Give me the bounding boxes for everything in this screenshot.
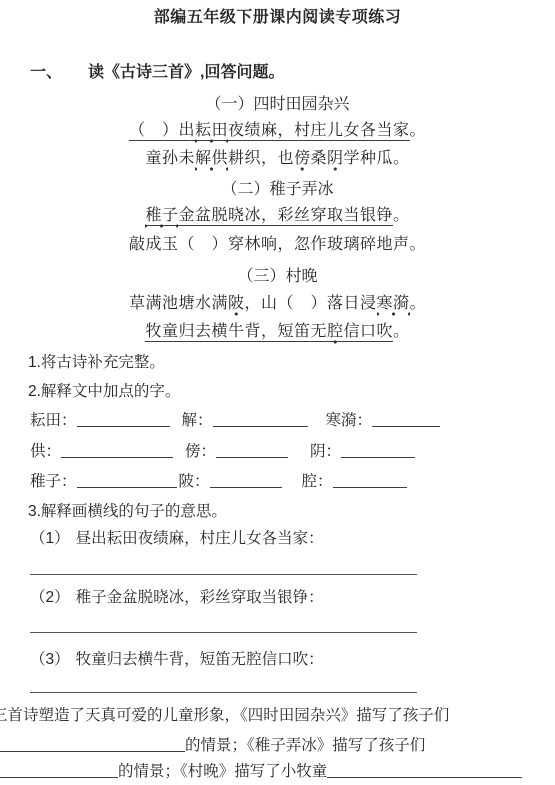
dotted-chars: 阴 [327,150,344,171]
answer-blank [333,473,407,488]
summary-text: 的情景；《村晚》描写了小牧童 [118,763,327,780]
dotted-chars: 傍 [294,150,311,171]
verse-text: 桑 [311,150,328,167]
verse-text: ，山（ ）落日浸 [244,295,376,312]
answer-blank [216,443,288,458]
answer-blank [372,412,440,427]
field-row-1: 耘田：解：寒漪： [30,412,555,430]
page-title: 部编五年级下册课内阅读专项练习 [0,0,555,27]
field-label: 耘田： [30,412,77,429]
verse-period: 。 [393,323,410,340]
question-2: 2.解释文中加点的字。 [28,383,555,401]
summary-text: 的情景；《稚子弄冰》描写了孩子们 [185,737,425,754]
verse-text: （ ）出 [129,122,195,139]
summary-line-1: 三首诗塑造了天真可爱的儿童形象，《四时田园杂兴》描写了孩子们 [0,706,555,725]
field-label: 阴： [310,443,341,460]
verse-text: 耕织，也 [228,150,294,167]
verse-period: 。 [410,295,427,312]
underlined-verse: 牧童归去横牛背，短笛无腔信口吹 [145,323,393,342]
section-number: 一、 [30,64,62,81]
dotted-chars: 腔 [327,323,344,344]
verse-text: 牧童归去横牛背，短笛无 [145,323,327,340]
verse-text: 敲成玉（ ）穿林响，忽作玻璃碎地声。 [129,236,426,253]
poem-1-title: （一）四时田园杂兴 [0,96,555,113]
underlined-verse: 稚子金盆脱晓冰，彩丝穿取当银铮 [145,207,393,226]
q3-item-3: （3）牧童归去横牛背，短笛无腔信口吹： [30,650,555,669]
poem-3-title: （三）村晚 [0,268,555,285]
answer-line [30,692,417,693]
verse-period: 。 [393,150,410,167]
field-row-2: 供：傍：阴： [30,443,555,461]
answer-blank [0,737,185,752]
summary-line-2: 的情景；《稚子弄冰》描写了孩子们 [0,736,555,755]
q3-item-2: （2）稚子金盆脱晓冰，彩丝穿取当银铮： [30,588,555,607]
field-label: 傍： [185,443,216,460]
answer-blank [77,412,170,427]
field-label: 陂： [179,473,210,490]
verse-period: 。 [393,207,410,224]
dotted-chars: 寒漪 [377,295,410,316]
dotted-chars: 耘田 [195,122,228,143]
item-text: 牧童归去横牛背，短笛无腔信口吹： [76,651,324,668]
underlined-verse: （ ）出耘田夜绩麻，村庄儿女各当家 [129,122,410,141]
answer-line [30,632,417,633]
answer-blank [61,443,173,458]
answer-blank [77,473,177,488]
item-number: （1） [30,530,70,547]
item-text: 昼出耘田夜绩麻，村庄儿女各当家： [76,530,324,547]
answer-blank [327,763,522,778]
verse-text: 夜绩麻，村庄儿女各当家 [228,122,410,139]
question-3: 3.解释画横线的句子的意思。 [28,503,555,521]
field-label: 供： [30,443,61,460]
dotted-chars: 陂 [228,295,245,316]
poem-1-line-2: 童孙未解供耕织，也傍桑阴学种瓜。 [0,149,555,168]
item-text: 稚子金盆脱晓冰，彩丝穿取当银铮： [76,589,324,606]
field-label: 腔： [302,473,333,490]
section-heading: 一、读《古诗三首》,回答问题。 [30,64,555,82]
poem-2-line-1: 稚子金盆脱晓冰，彩丝穿取当银铮。 [0,206,555,225]
answer-blank [341,443,415,458]
poem-3-line-2: 牧童归去横牛背，短笛无腔信口吹。 [0,322,555,341]
verse-text: 童孙未 [145,150,195,167]
field-row-3: 稚子：陂：腔： [30,473,555,491]
section-instruction: 读《古诗三首》,回答问题。 [88,64,284,81]
verse-period: 。 [410,122,427,139]
answer-blank [210,473,282,488]
answer-blank [213,412,308,427]
field-label: 解： [182,412,213,429]
poem-2-line-2: 敲成玉（ ）穿林响，忽作玻璃碎地声。 [0,235,555,254]
question-1: 1.将古诗补充完整。 [28,354,555,372]
worksheet-page: 部编五年级下册课内阅读专项练习 一、读《古诗三首》,回答问题。 （一）四时田园杂… [0,0,555,785]
answer-line [30,574,417,575]
verse-text: 信口吹 [344,323,394,340]
field-label: 寒漪： [326,412,373,429]
dotted-chars: 解供 [195,150,228,171]
dotted-chars: 稚子 [145,207,178,228]
verse-text: 学种瓜 [344,150,394,167]
item-number: （2） [30,589,70,606]
poem-2-title: （二）稚子弄冰 [0,181,555,198]
poem-1-line-1: （ ）出耘田夜绩麻，村庄儿女各当家。 [0,121,555,140]
answer-blank [0,763,118,778]
verse-text: 草满池塘水满 [129,295,228,312]
verse-text: 金盆脱晓冰，彩丝穿取当银铮 [178,207,393,224]
item-number: （3） [30,651,70,668]
poem-3-line-1: 草满池塘水满陂，山（ ）落日浸寒漪。 [0,294,555,313]
q3-item-1: （1）昼出耘田夜绩麻，村庄儿女各当家： [30,529,555,548]
summary-line-3: 的情景；《村晚》描写了小牧童 [0,762,555,781]
field-label: 稚子： [30,473,77,490]
